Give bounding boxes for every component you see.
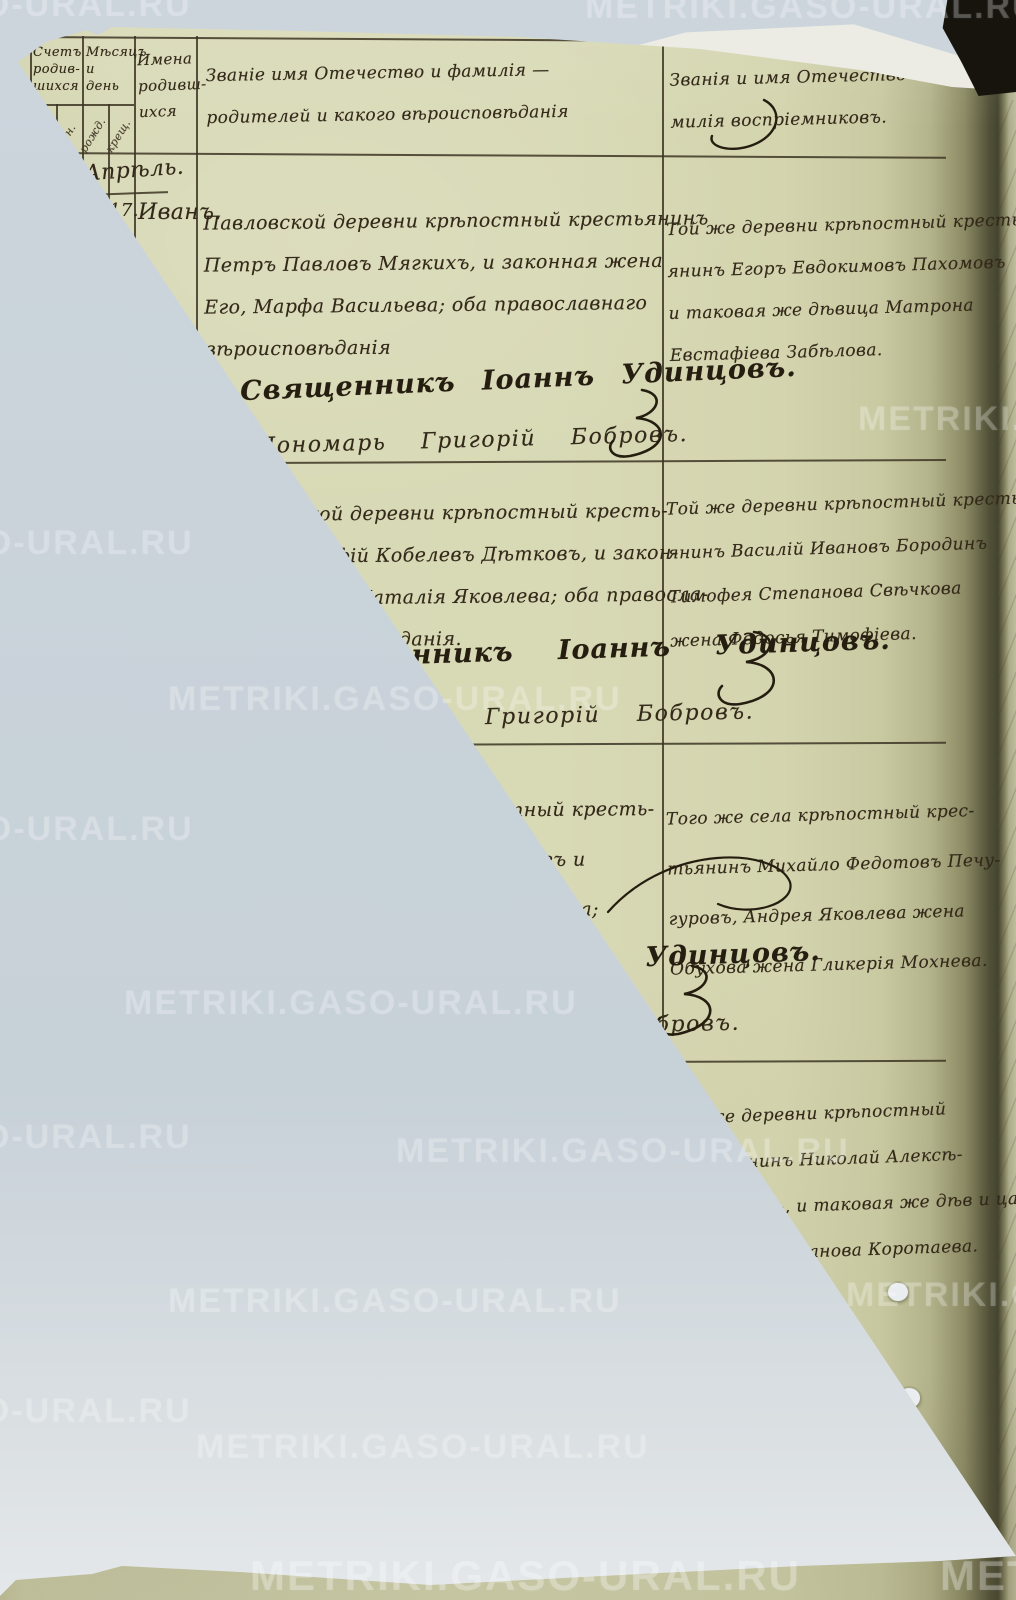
- birth-day: 17,: [82, 496, 112, 517]
- ditto-mark: »: [62, 1116, 72, 1135]
- watermark-text: METRIKI.GASO-URAL.RU: [0, 810, 194, 849]
- signature-flourish: [600, 386, 680, 466]
- birth-day: 16.: [82, 202, 112, 223]
- table-rule: [30, 36, 32, 1568]
- baptism-day: 17.: [109, 200, 139, 221]
- month-underline: [60, 191, 168, 196]
- column-header-names: Именародивш-ихся: [137, 45, 208, 125]
- ditto-mark: »: [62, 788, 72, 807]
- parents-text: Павловской деревни крѣпостный крестьянин…: [203, 197, 710, 370]
- watermark-text: METRIKI.GASO-URAL.RU: [0, 0, 192, 25]
- entry-number: 34.: [31, 782, 64, 806]
- clerk-signature: Пономарь Григорій Бобровъ.: [318, 699, 755, 733]
- table-rule: [82, 36, 84, 1566]
- baptism-day: 18.: [109, 494, 139, 515]
- table-rule: [108, 104, 110, 1564]
- ink-smudge: [85, 2, 112, 17]
- table-rule: [196, 36, 198, 1560]
- month-label: Апрѣль.: [83, 155, 185, 187]
- entry-number: 35.: [31, 1110, 64, 1134]
- watermark-text: METRIKI.GASO-URAL.RU: [0, 1118, 192, 1157]
- subcol-label-female: жен.: [51, 122, 79, 155]
- ink-blot: [589, 1136, 605, 1151]
- parents-text: Павловской деревни крѣпостный крес-тьяни…: [203, 1096, 728, 1281]
- child-name: Егоръ —: [138, 488, 239, 513]
- table-rule: [134, 36, 136, 1564]
- paper-hole: [888, 1283, 908, 1301]
- table-rule: [30, 1060, 946, 1065]
- watermark-text: METRIKI.GASO-URAL.RU: [0, 524, 194, 563]
- godparents-text: Той же деревни крѣпостный кресть-янинъ Е…: [666, 199, 1016, 377]
- parents-text: Воскресенскаго села крѣпостный кресть-ян…: [203, 784, 656, 988]
- signature-flourish: [646, 962, 736, 1046]
- baptism-day: 20.: [109, 778, 139, 799]
- watermark-text: METRIKI.GASO-URAL.RU: [124, 984, 578, 1023]
- page-edge-hatching: [998, 100, 1016, 1560]
- signature-flourish: [706, 626, 796, 716]
- entry-number: 33.: [31, 498, 64, 522]
- godparents-text: Той же деревни крѣпостныйкрестьянинъ Ник…: [665, 1084, 1016, 1280]
- ink-smudge: [288, 0, 318, 10]
- priest-signature: Священникъ Іоаннъ Удинцовъ.: [250, 1274, 836, 1325]
- signature-flourish: [660, 1306, 790, 1456]
- birth-day: 21.: [82, 1108, 112, 1129]
- header-flourish: [688, 96, 798, 158]
- subcol-label-male: муж.: [25, 120, 54, 155]
- baptism-day: 22.: [109, 1106, 139, 1127]
- scanned-metric-book-page: Счетъродив-шихся Мѣсяцъидень Именародивш…: [0, 0, 1016, 1600]
- table-rule: [30, 459, 946, 464]
- paper-hole: [898, 1388, 920, 1408]
- entry-number: 32.: [31, 204, 64, 228]
- watermark-text: METRIKI.GASO-URAL.RU: [196, 1428, 650, 1467]
- column-header-parents: Званіе имя Отечество и фамилія —родителе…: [205, 49, 569, 139]
- child-name: Егоръ —: [138, 770, 239, 795]
- child-name: Егоръ —: [138, 1094, 239, 1119]
- clerk-signature: Пономарь Григорій Бобровъ.: [286, 1355, 731, 1389]
- column-header-count: Счетъродив-шихся: [33, 44, 82, 95]
- birth-day: 19.: [82, 780, 112, 801]
- ditto-mark: »: [62, 504, 72, 523]
- ditto-mark: »: [62, 210, 72, 229]
- table-rule: [56, 104, 58, 1566]
- table-rule: [30, 104, 134, 106]
- watermark-text: METRIKI.GASO-URAL.RU: [168, 1282, 622, 1321]
- table-rule: [30, 742, 946, 747]
- text-flourish: [600, 850, 800, 922]
- paper-sheet: Счетъродив-шихся Мѣсяцъидень Именародивш…: [0, 0, 1016, 1600]
- watermark-text: METRIKI.GASO-URAL.RU: [0, 1392, 192, 1431]
